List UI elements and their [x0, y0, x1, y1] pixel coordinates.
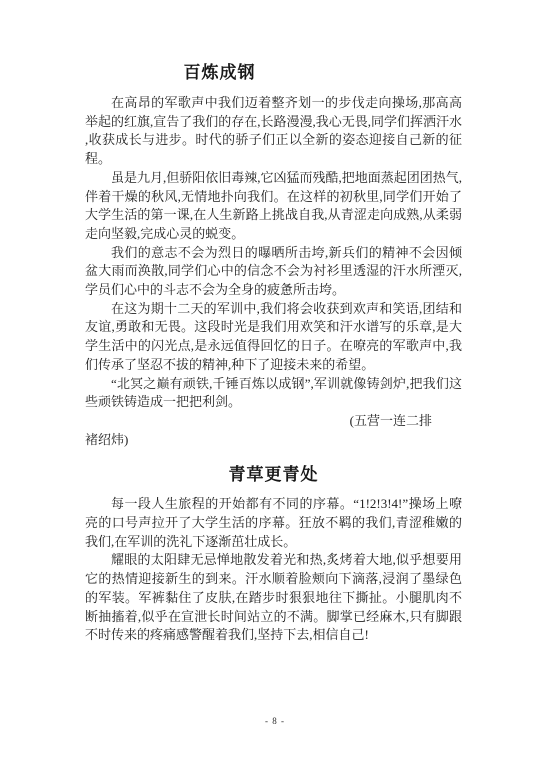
article-1-paragraph-2: 虽是九月,但骄阳依旧毒辣,它凶猛而残酷,把地面蒸起团团热气,伴着干燥的秋风,无情…	[85, 169, 462, 244]
article-1-paragraph-4: 在这为期十二天的军训中,我们将会收获到欢声和笑语,团结和友谊,勇敢和无畏。这段时…	[85, 300, 462, 375]
attribution-author: 褚绍炜)	[85, 431, 462, 450]
article-2-paragraph-1: 每一段人生旅程的开始都有不同的序幕。“1!2!3!4!”操场上嘹亮的口号声拉开了…	[85, 495, 462, 551]
page-number: - 8 -	[0, 716, 550, 726]
article-1-paragraph-1: 在高昂的军歌声中我们迈着整齐划一的步伐走向操场,那高高举起的红旗,宣告了我们的存…	[85, 94, 462, 169]
document-page: 百炼成钢 在高昂的军歌声中我们迈着整齐划一的步伐走向操场,那高高举起的红旗,宣告…	[0, 0, 550, 778]
article-1-title: 百炼成钢	[85, 60, 354, 86]
article-1-paragraph-5: “北冥之巅有顽铁,千锤百炼以成钢”,军训就像铸剑炉,把我们这些顽铁铸造成一把把利…	[85, 375, 462, 412]
attribution-unit: (五营一连二排	[85, 412, 462, 431]
article-1-paragraph-3: 我们的意志不会为烈日的曝晒所击垮,新兵们的精神不会因倾盆大雨而涣散,同学们心中的…	[85, 244, 462, 300]
article-2-title: 青草更青处	[85, 462, 462, 488]
page-content: 百炼成钢 在高昂的军歌声中我们迈着整齐划一的步伐走向操场,那高高举起的红旗,宣告…	[85, 60, 462, 645]
article-2-paragraph-2: 耀眼的太阳肆无忌惮地散发着光和热,炙烤着大地,似乎想要用它的热情迎接新生的到来。…	[85, 551, 462, 645]
